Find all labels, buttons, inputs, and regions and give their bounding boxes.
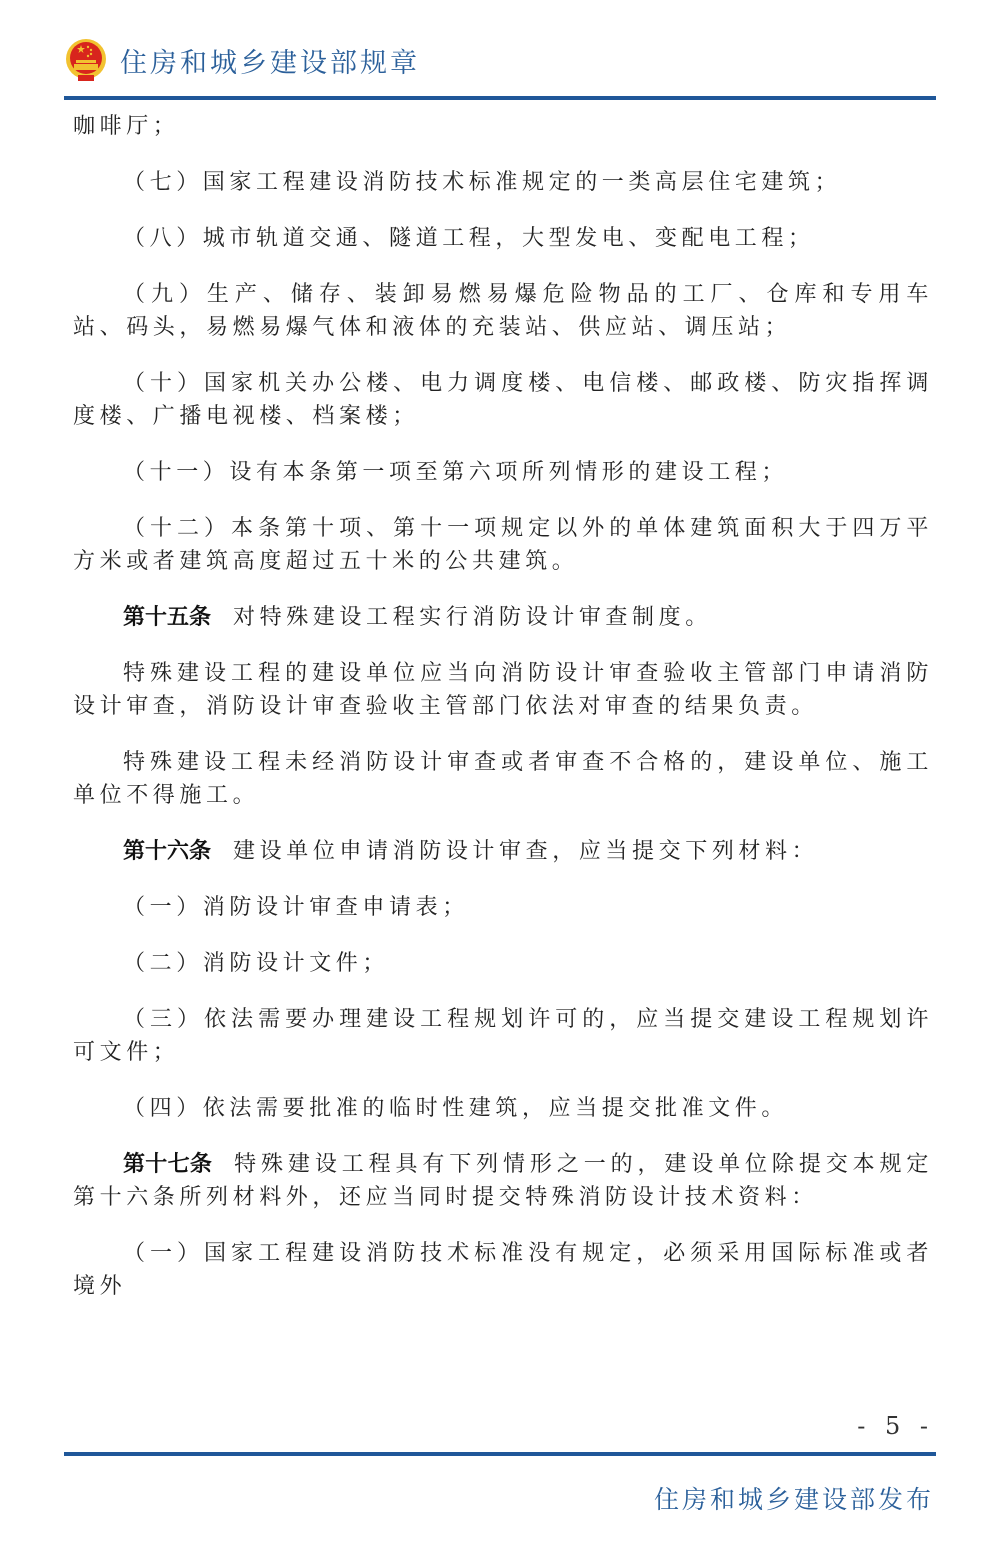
paragraph: （十）国家机关办公楼、电力调度楼、电信楼、邮政楼、防灾指挥调度楼、广播电视楼、档…: [73, 367, 933, 433]
article-number: 第十七条: [123, 1152, 212, 1177]
paragraph: （四）依法需要批准的临时性建筑，应当提交批准文件。: [73, 1092, 933, 1125]
paragraph-text: （一）消防设计审查申请表；: [123, 895, 469, 920]
article-paragraph: 第十五条对特殊建设工程实行消防设计审查制度。: [73, 601, 933, 634]
paragraph: （十二）本条第十项、第十一项规定以外的单体建筑面积大于四万平方米或者建筑高度超过…: [73, 512, 933, 578]
paragraph-text: （八）城市轨道交通、隧道工程，大型发电、变配电工程；: [123, 226, 815, 251]
national-emblem-icon: [64, 37, 108, 83]
paragraph-text: 特殊建设工程的建设单位应当向消防设计审查验收主管部门申请消防设计审查，消防设计审…: [73, 661, 933, 719]
paragraph: （一）消防设计审查申请表；: [73, 891, 933, 924]
article-number: 第十五条: [123, 605, 211, 630]
footer-publisher: 住房和城乡建设部发布: [654, 1480, 934, 1516]
paragraph: 特殊建设工程的建设单位应当向消防设计审查验收主管部门申请消防设计审查，消防设计审…: [73, 657, 933, 723]
paragraph: （一）国家工程建设消防技术标准没有规定，必须采用国际标准或者境外: [73, 1237, 933, 1303]
paragraph-text: 建设单位申请消防设计审查，应当提交下列材料：: [233, 839, 818, 864]
paragraph-text: 对特殊建设工程实行消防设计审查制度。: [233, 605, 712, 630]
paragraph-text: 特殊建设工程未经消防设计审查或者审查不合格的，建设单位、施工单位不得施工。: [73, 750, 933, 808]
paragraph: 咖啡厅；: [73, 110, 933, 143]
paragraph-text: （三）依法需要办理建设工程规划许可的，应当提交建设工程规划许可文件；: [73, 1007, 933, 1065]
footer-divider: [64, 1452, 936, 1456]
header-title: 住房和城乡建设部规章: [120, 41, 420, 80]
document-body: 咖啡厅；（七）国家工程建设消防技术标准规定的一类高层住宅建筑；（八）城市轨道交通…: [73, 110, 933, 1326]
page-number: - 5 -: [857, 1412, 934, 1440]
paragraph: （七）国家工程建设消防技术标准规定的一类高层住宅建筑；: [73, 166, 933, 199]
page-header: 住房和城乡建设部规章: [64, 34, 420, 86]
header-divider: [64, 96, 936, 100]
paragraph: （十一）设有本条第一项至第六项所列情形的建设工程；: [73, 456, 933, 489]
paragraph-text: （九）生产、储存、装卸易燃易爆危险物品的工厂、仓库和专用车站、码头，易燃易爆气体…: [73, 282, 933, 340]
paragraph-text: （七）国家工程建设消防技术标准规定的一类高层住宅建筑；: [123, 170, 841, 195]
paragraph-text: 咖啡厅；: [73, 114, 179, 139]
article-number: 第十六条: [123, 839, 211, 864]
paragraph-text: （四）依法需要批准的临时性建筑，应当提交批准文件。: [123, 1096, 788, 1121]
paragraph: （八）城市轨道交通、隧道工程，大型发电、变配电工程；: [73, 222, 933, 255]
paragraph-text: （二）消防设计文件；: [123, 951, 389, 976]
paragraph: （二）消防设计文件；: [73, 947, 933, 980]
paragraph-text: （十一）设有本条第一项至第六项所列情形的建设工程；: [123, 460, 788, 485]
paragraph: （三）依法需要办理建设工程规划许可的，应当提交建设工程规划许可文件；: [73, 1003, 933, 1069]
paragraph-text: （十二）本条第十项、第十一项规定以外的单体建筑面积大于四万平方米或者建筑高度超过…: [73, 516, 933, 574]
paragraph: （九）生产、储存、装卸易燃易爆危险物品的工厂、仓库和专用车站、码头，易燃易爆气体…: [73, 278, 933, 344]
paragraph-text: （一）国家工程建设消防技术标准没有规定，必须采用国际标准或者境外: [73, 1241, 933, 1299]
article-paragraph: 第十六条建设单位申请消防设计审查，应当提交下列材料：: [73, 835, 933, 868]
article-paragraph: 第十七条特殊建设工程具有下列情形之一的，建设单位除提交本规定第十六条所列材料外，…: [73, 1148, 933, 1214]
paragraph: 特殊建设工程未经消防设计审查或者审查不合格的，建设单位、施工单位不得施工。: [73, 746, 933, 812]
paragraph-text: （十）国家机关办公楼、电力调度楼、电信楼、邮政楼、防灾指挥调度楼、广播电视楼、档…: [73, 371, 933, 429]
